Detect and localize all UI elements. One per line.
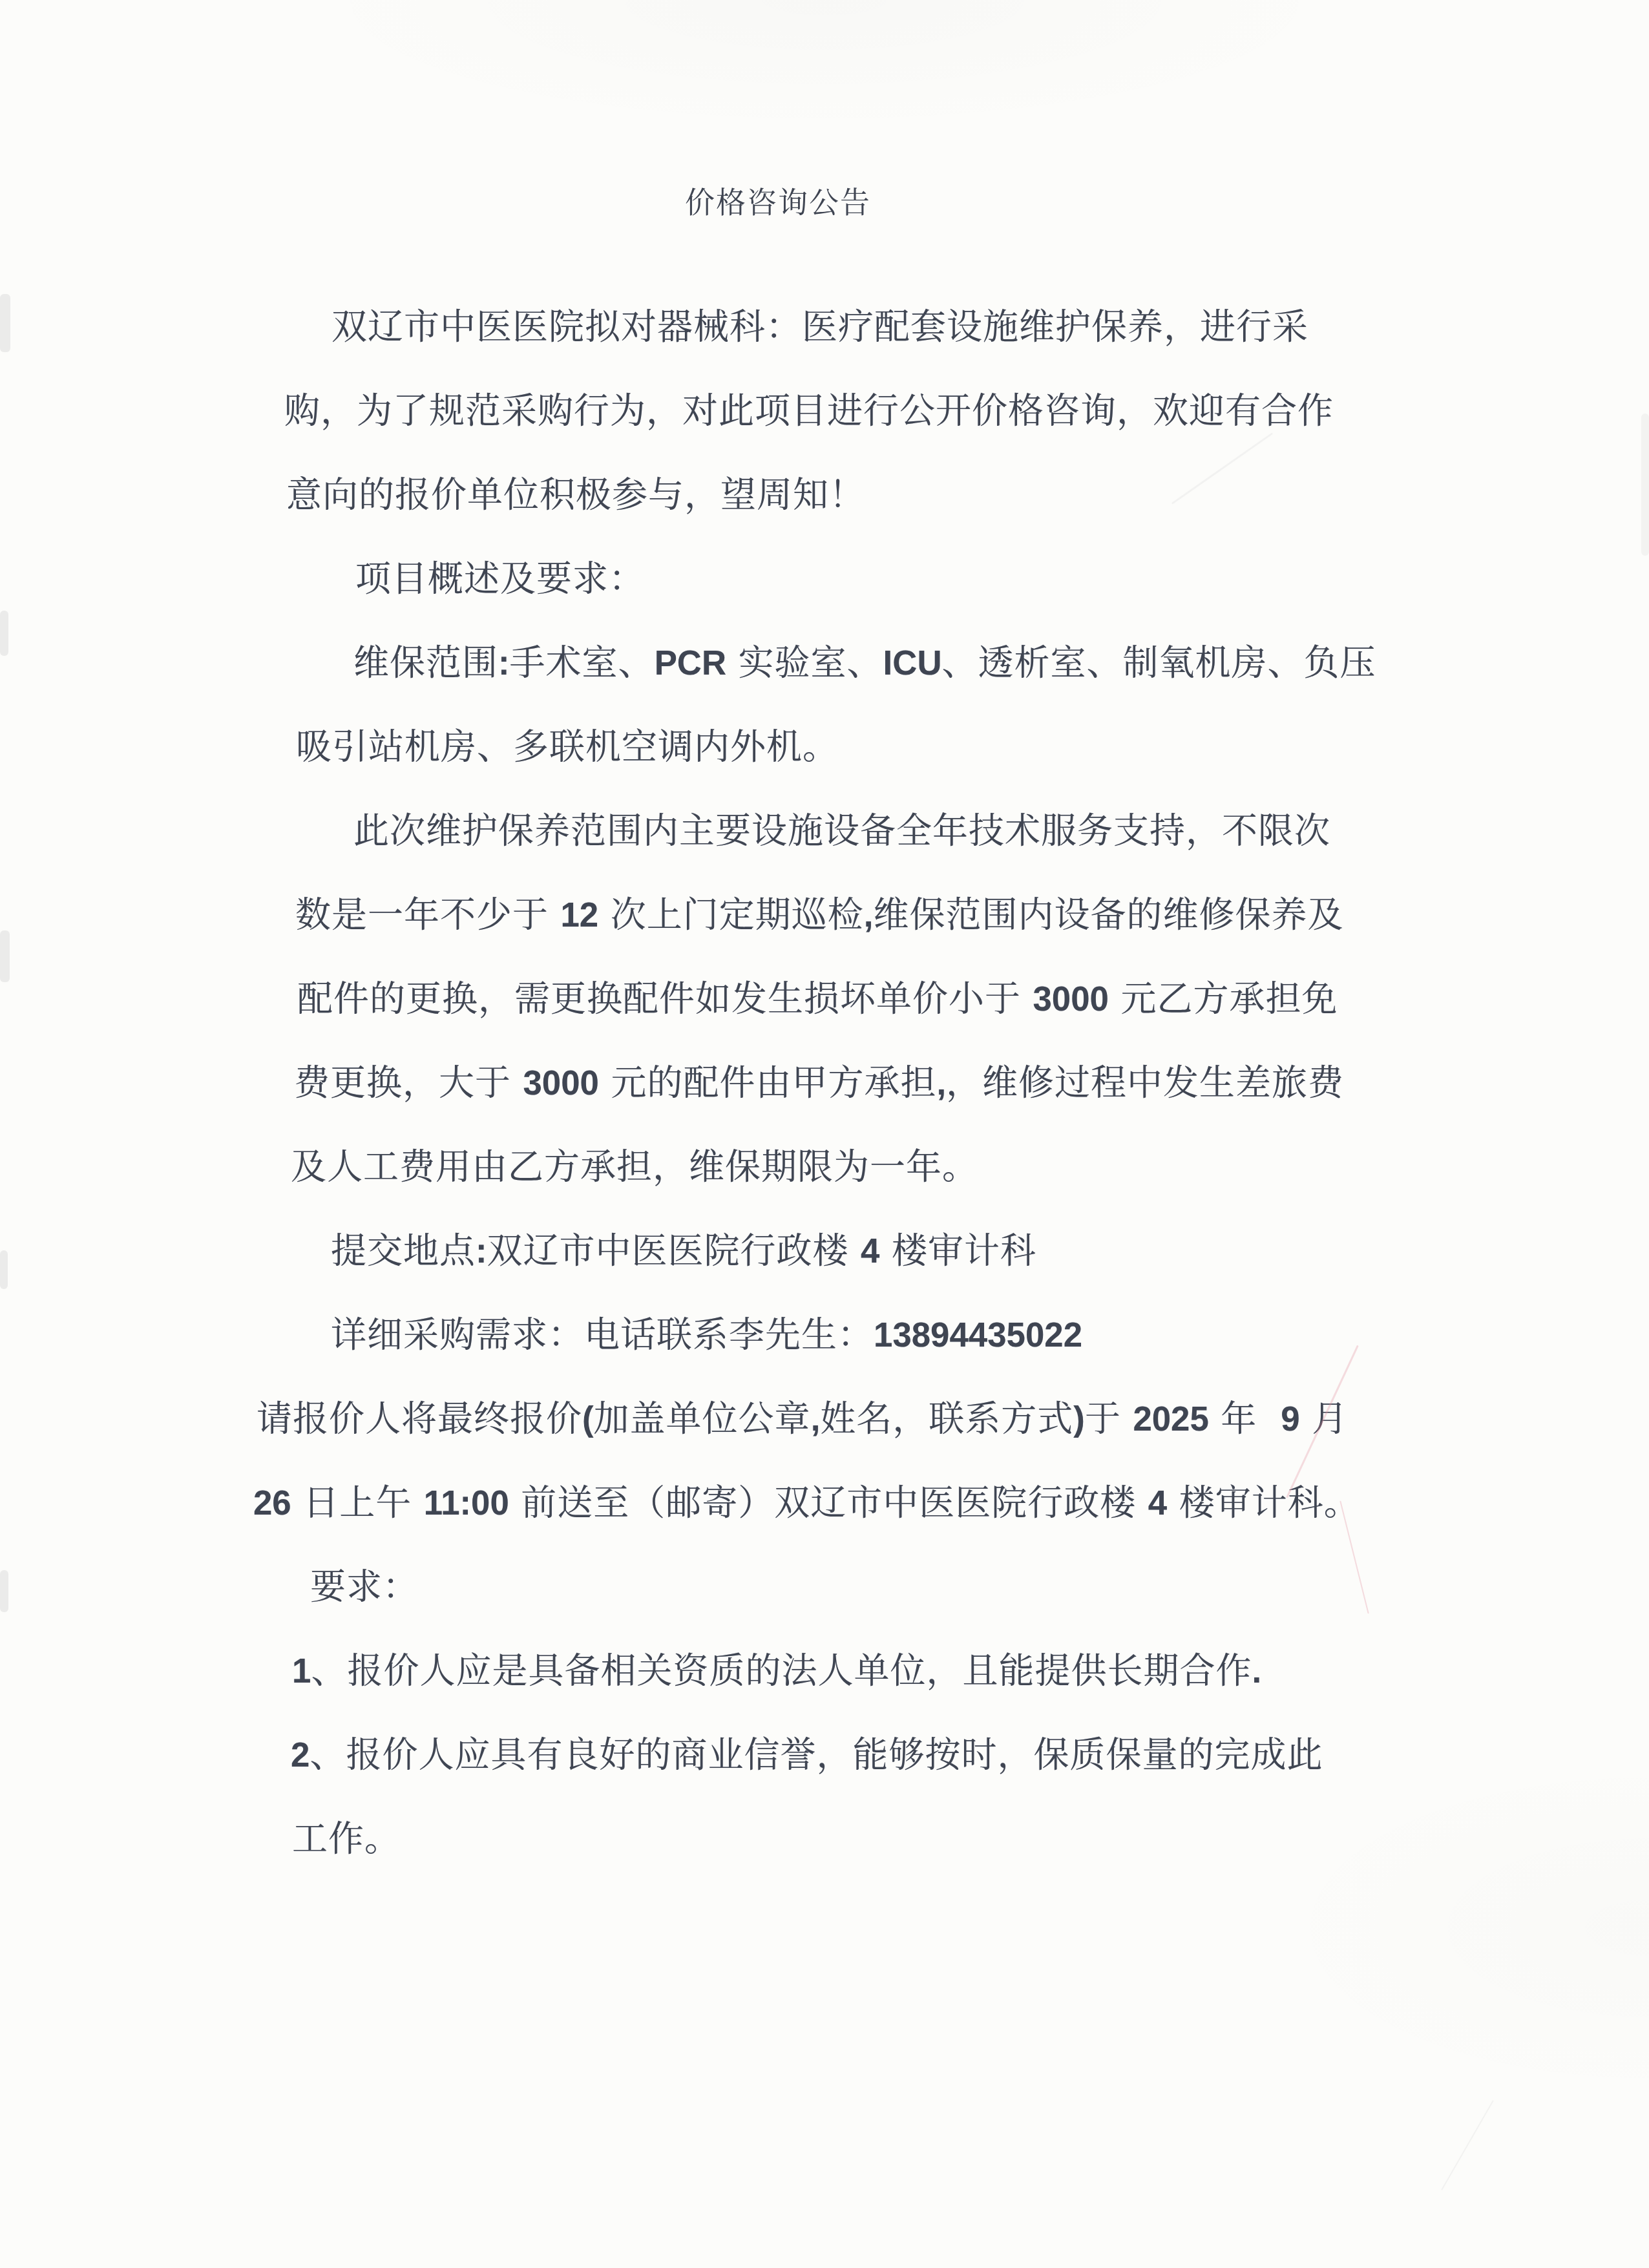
doc-line: 意向的报价单位积极参与，望周知！ [286,472,865,516]
scan-crease [1441,2100,1494,2190]
doc-line: 2、报价人应具有良好的商业信誉，能够按时，保质保量的完成此 [291,1732,1323,1778]
doc-line: 要求： [310,1564,419,1608]
doc-line: 提交地点:双辽市中医医院行政楼 4 楼审计科 [331,1228,1036,1274]
doc-line: 详细采购需求：电话联系李先生：13894435022 [331,1312,1082,1358]
scan-crease [1171,432,1273,504]
doc-line: 吸引站机房、多联机空调内外机。 [296,724,839,768]
doc-line: 此次维护保养范围内主要设施设备全年技术服务支持，不限次 [353,808,1330,852]
doc-line: 购，为了规范采购行为，对此项目进行公开价格咨询，欢迎有合作 [284,388,1334,432]
doc-line: 1、报价人应是具备相关资质的法人单位，且能提供长期合作. [292,1648,1261,1694]
doc-title: 价格咨询公告 [685,183,871,222]
scan-smudge [0,611,8,656]
doc-line: 26 日上午 11:00 前送至（邮寄）双辽市中医医院行政楼 4 楼审计科。 [253,1480,1360,1526]
doc-line: 配件的更换，需更换配件如发生损坏单价小于 3000 元乙方承担免 [297,976,1338,1022]
doc-line: 请报价人将最终报价(加盖单位公章,姓名，联系方式)于 2025 年 9 月 [257,1396,1348,1442]
scan-smudge [0,1570,8,1612]
doc-line: 双辽市中医医院拟对器械科：医疗配套设施维护保养，进行采 [331,304,1308,348]
doc-line: 数是一年不少于 12 次上门定期巡检,维保范围内设备的维修保养及 [295,892,1343,938]
scan-smudge [0,1250,8,1289]
doc-line: 及人工费用由乙方承担，维保期限为一年。 [291,1144,978,1188]
doc-line: 项目概述及要求： [355,556,645,600]
scan-smudge [1641,414,1649,556]
scan-smudge [0,294,10,352]
scanned-document-page: 价格咨询公告 双辽市中医医院拟对器械科：医疗配套设施维护保养，进行采 购，为了规… [0,0,1649,2268]
scan-smudge [0,930,10,982]
doc-line: 工作。 [292,1816,401,1860]
doc-line: 维保范围:手术室、PCR 实验室、ICU、透析室、制氧机房、负压 [353,640,1376,686]
doc-line: 费更换，大于 3000 元的配件由甲方承担,，维修过程中发生差旅费 [294,1060,1344,1106]
